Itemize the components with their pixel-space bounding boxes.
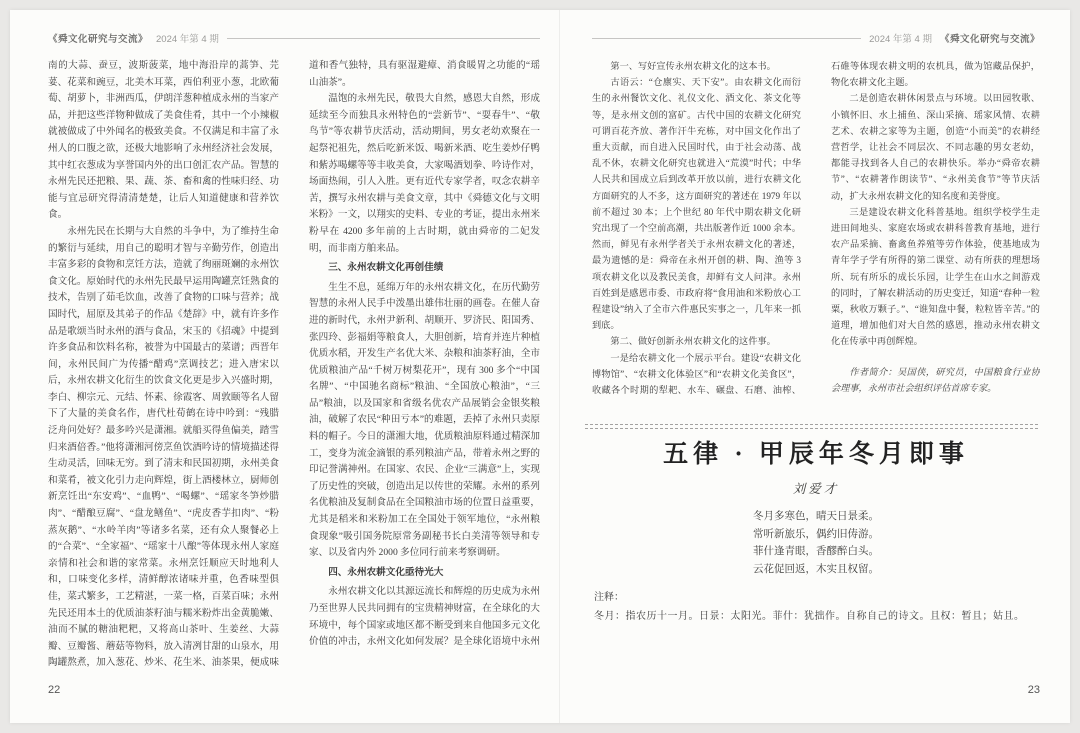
header-rule (592, 38, 861, 39)
left-article-columns: 南的大蒜、蚕豆，波斯菠菜，地中海沿岸的蒿笋、芫荽、花菜和豌豆，北美木耳菜，西伯利… (48, 58, 540, 678)
section-heading: 四、永州农耕文化亟待光大 (309, 565, 540, 582)
journal-title: 《舜文化研究与交流》 (940, 31, 1040, 45)
poem-author: 刘爱才 (592, 479, 1040, 497)
poem-line: 冬月多寒色，晴天日景柔。 (592, 508, 1040, 526)
notes-label: 注释： (594, 588, 624, 603)
header-rule (227, 38, 540, 39)
page-number-left: 22 (48, 684, 60, 696)
journal-spread: 《舜文化研究与交流》 2024 年第 4 期 2024 年第 4 期 《舜文化研… (0, 0, 1080, 733)
poem-line: 云花促回返，木实且权留。 (592, 561, 1040, 579)
poem-title: 五律 · 甲辰年冬月即事 (592, 434, 1040, 470)
paragraph: 第一、写好宣传永州农耕文化的这本书。 (592, 58, 801, 74)
paragraph: 生生不息，延绵万年的永州农耕文化，在历代勤劳智慧的永州人民手中泼墨出雄伟壮丽的画… (309, 280, 540, 562)
page-gutter (559, 10, 560, 723)
paragraph: 三是建设农耕文化科普基地。组织学校学生走进田间地头、家庭农场或农耕科普教育基地，… (831, 204, 1040, 350)
poem-body: 冬月多寒色，晴天日景柔。常听新旅乐，偶约旧俦游。菲什逢青眼，香醪醉白头。云花促回… (592, 508, 1040, 578)
right-page-header: 2024 年第 4 期 《舜文化研究与交流》 (592, 31, 1040, 45)
poem-line: 常听新旅乐，偶约旧俦游。 (592, 526, 1040, 544)
notes-text: 冬月：指农历十一月。日景：太阳光。菲什：犹拙作。自称自己的诗文。且权：暂且；姑且… (594, 607, 1040, 622)
section-divider (585, 424, 1040, 429)
paragraph: 温饱的永州先民，敬畏大自然，感恩大自然，形成延续至今而独具永州特色的“尝新节”、… (309, 91, 540, 257)
paragraph: 南的大蒜、蚕豆，波斯菠菜，地中海沿岸的蒿笋、芫荽、花菜和豌豆，北美木耳菜，西伯利… (48, 58, 279, 224)
paragraph: 古语云：“仓廪实、天下安”。由农耕文化而衍生的永州餐饮文化、礼仪文化、酒文化、茶… (592, 74, 801, 333)
left-page-header: 《舜文化研究与交流》 2024 年第 4 期 (48, 31, 540, 45)
page-number-right: 23 (592, 684, 1040, 696)
issue-label: 2024 年第 4 期 (869, 31, 932, 45)
journal-title: 《舜文化研究与交流》 (48, 31, 148, 45)
author-bio: 作者简介：吴国侠，研究员，中国粮食行业协会理事，永州市社会组织评估首席专家。 (831, 364, 1040, 396)
right-article-columns: 第一、写好宣传永州农耕文化的这本书。古语云：“仓廪实、天下安”。由农耕文化而衍生… (592, 58, 1040, 418)
paragraph: 第二、做好创新永州农耕文化的这件事。 (592, 333, 801, 349)
poem-line: 菲什逢青眼，香醪醉白头。 (592, 543, 1040, 561)
paragraph: 二是创造农耕休闲景点与环境。以田园牧歌、小镇怀旧、水上捕鱼、深山采摘、瑶家风情、… (831, 90, 1040, 203)
issue-label: 2024 年第 4 期 (156, 31, 219, 45)
section-heading: 三、永州农耕文化再创佳绩 (309, 260, 540, 277)
